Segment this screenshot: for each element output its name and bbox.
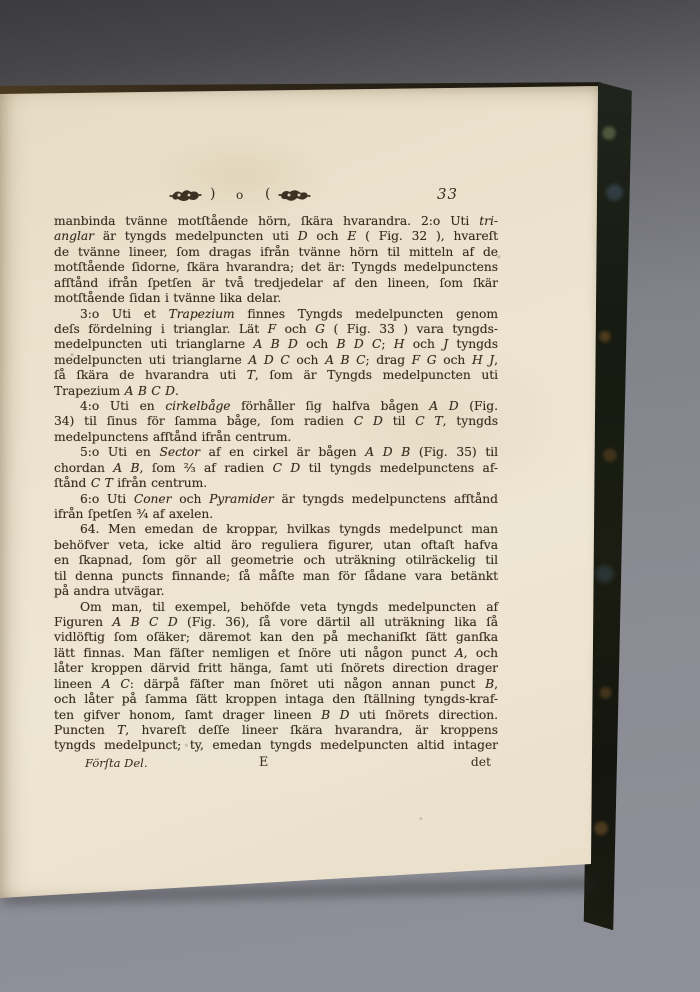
text-line: vidlöftig ſom oſäker; däremot kan den på… — [54, 630, 498, 645]
header-separator-right: ( — [265, 186, 270, 202]
book-page: ) o ( 33 manbinda tvänne motſtående hörn… — [0, 86, 601, 900]
text-line: 6:o Uti Coner och Pyramider är tyngds me… — [54, 492, 498, 507]
text-line: en ſkapnad, ſom gör all geometrie och ut… — [54, 553, 498, 568]
text-line: ifrån ſpetſen ¾ af axelen. — [54, 507, 498, 522]
text-line: 5:o Uti en Sector af en cirkel är bågen … — [54, 445, 498, 460]
text-line: 3:o Uti et Trapezium finnes Tyngds medel… — [54, 307, 498, 322]
text-line: til denna puncts finnande; ſå måſte man … — [54, 569, 498, 584]
text-line: medelpuncten uti trianglarne A B D och B… — [54, 337, 498, 352]
page-footer: Förſta Del. E det — [54, 756, 498, 772]
text-line: tyngds medelpunct; ty, emedan tyngds med… — [54, 738, 498, 753]
text-line: Trapezium A B C D. — [54, 384, 498, 399]
text-line: chordan A B, ſom ⅔ af radien C D til tyn… — [54, 461, 498, 476]
text-line: afſtånd ifrån ſpetſen är två tredjedelar… — [54, 276, 498, 291]
text-line: Figuren A B C D (Fig. 36), ſå vore därti… — [54, 615, 498, 630]
scanned-book-photo: ) o ( 33 manbinda tvänne motſtående hörn… — [0, 0, 700, 992]
text-line: lätt finnas. Man fäſter nemligen et ſnör… — [54, 646, 498, 661]
catchword: det — [471, 755, 491, 769]
text-line: ſtånd C T ifrån centrum. — [54, 476, 498, 491]
text-line: de tvänne lineer, ſom dragas ifrån tvänn… — [54, 245, 498, 260]
text-line: motſtående ſidorne, ſkära hvarandra; det… — [54, 260, 498, 275]
text-line: lineen A C: därpå fäſter man ſnöret uti … — [54, 677, 498, 692]
text-line: låter kroppen därvid fritt hänga, ſamt u… — [54, 661, 498, 676]
text-line: 34) til ſinus för ſamma båge, ſom radien… — [54, 414, 498, 429]
text-line: motſtående ſidan i tvänne lika delar. — [54, 291, 498, 306]
text-line: anglar är tyngds medelpuncten uti D och … — [54, 229, 498, 244]
gathering-signature: E — [259, 755, 268, 770]
text-line: ſå ſkära de hvarandra uti T, ſom är Tyng… — [54, 368, 498, 383]
text-line: 4:o Uti en cirkelbåge förhåller ſig half… — [54, 399, 498, 414]
fleuron-icon — [169, 187, 202, 208]
text-line: Puncten T, hvareſt deſſe lineer ſkära hv… — [54, 723, 498, 738]
text-line: behöfver veta, icke altid äro reguliera … — [54, 538, 498, 553]
text-line: medelpuncten uti trianglarne A D C och A… — [54, 353, 498, 368]
text-line: på andra utvägar. — [54, 584, 498, 599]
page-number: 33 — [437, 185, 458, 203]
fleuron-icon — [278, 187, 311, 208]
header-separator-center: o — [236, 188, 243, 202]
text-line: medelpunctens afſtånd ifrån centrum. — [54, 430, 498, 445]
volume-title: Förſta Del. — [85, 756, 148, 770]
text-line: deſs fördelning i trianglar. Lät F och G… — [54, 322, 498, 337]
text-line: och låter på ſamma ſätt kroppen intaga d… — [54, 692, 498, 707]
header-separator-left: ) — [210, 186, 215, 202]
text-line: manbinda tvänne motſtående hörn, ſkära h… — [54, 214, 498, 229]
page-text: manbinda tvänne motſtående hörn, ſkära h… — [54, 214, 498, 754]
text-line: Om man, til exempel, behöfde veta tyngds… — [54, 600, 498, 615]
text-line: 64. Men emedan de kroppar, hvilkas tyngd… — [54, 522, 498, 537]
text-line: ten gifver honom, ſamt drager lineen B D… — [54, 708, 498, 723]
